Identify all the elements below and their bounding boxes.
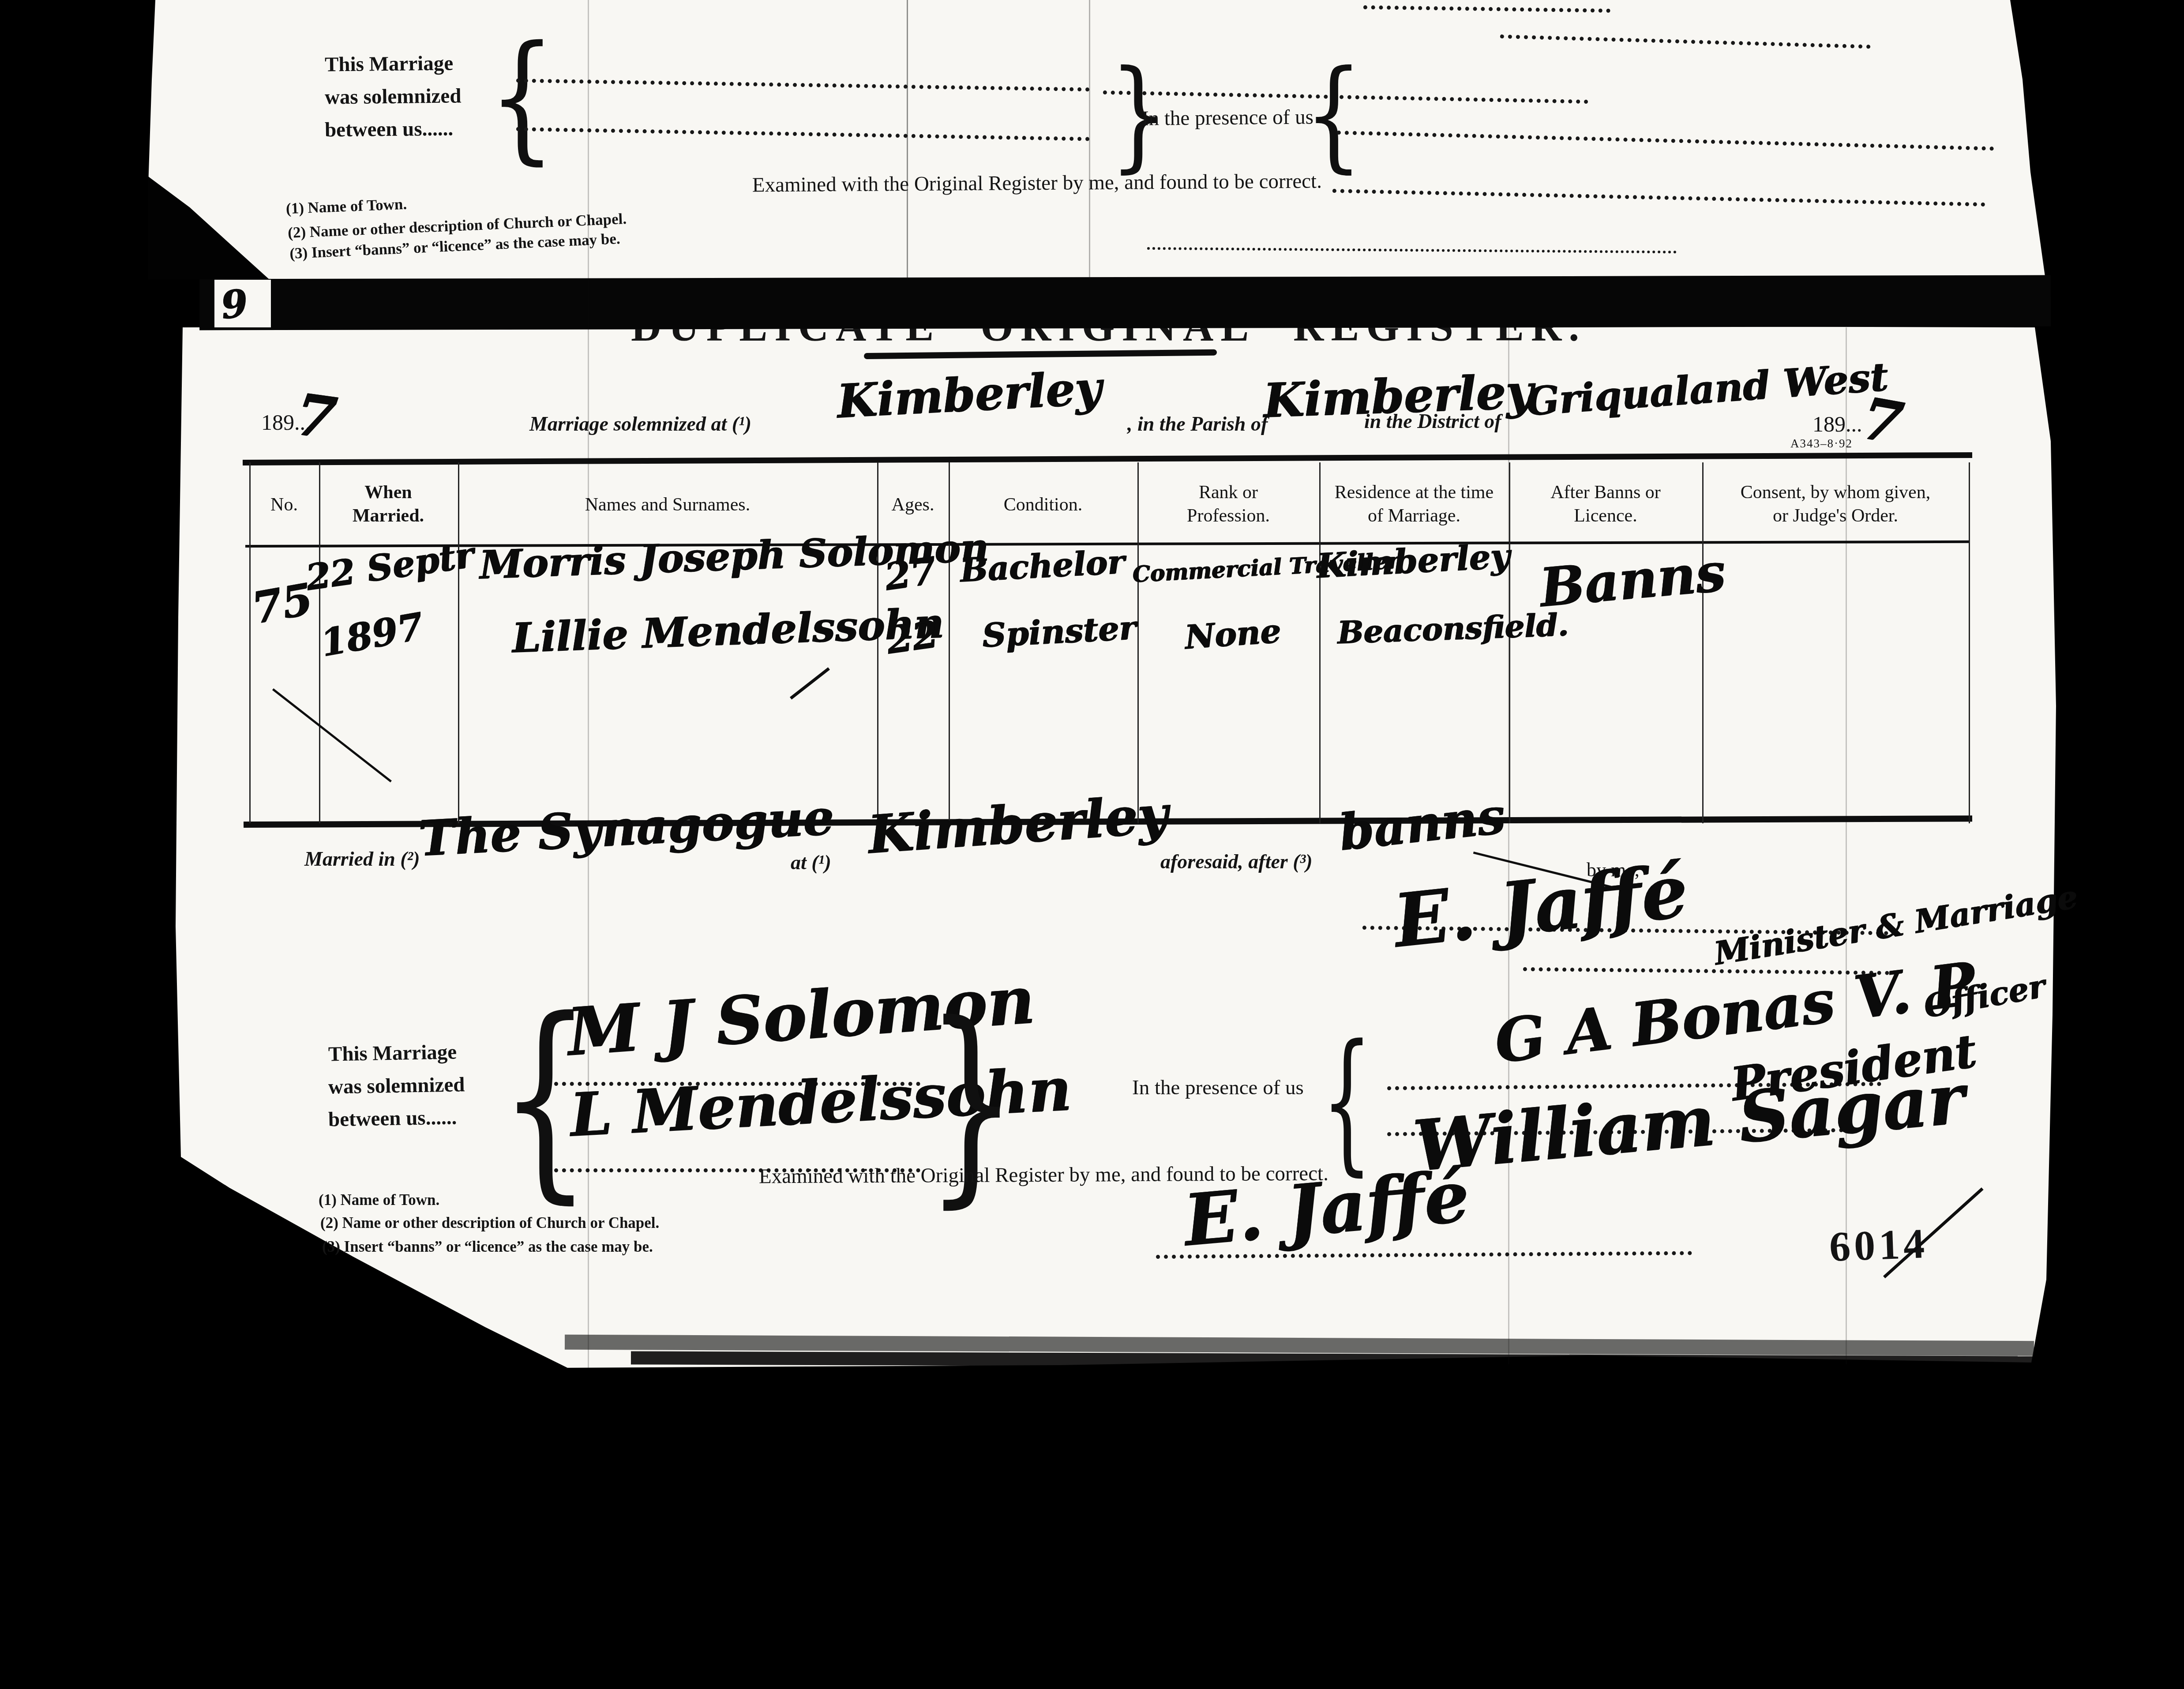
fold-line-4 [1508,327,1509,1364]
at-label: at (¹) [791,851,831,874]
bottom-marriage-label-line3: between us...... [328,1105,457,1131]
bottom-presence-label: In the presence of us [1132,1076,1304,1100]
col-header-ages: Ages. [892,493,934,517]
col-sep-condition-rank [1137,462,1139,823]
year-right: 189... [1812,411,1862,437]
col-sep-when-names [458,462,459,823]
parish-label: , in the Parish of [1127,412,1268,435]
married-in-label: Married in (²) [304,847,420,871]
fold-line-3 [1089,0,1090,279]
entry-bride-rank: None [1183,612,1282,657]
bottom-marriage-label-line2: was solemnized [328,1073,465,1099]
registration-number: 6014 [1828,1219,1929,1271]
aforesaid-label: aforesaid, after (³) [1160,850,1313,873]
bottom-footnote-3: (3) Insert “banns” or “licence” as the c… [322,1238,653,1256]
scan-dark-band [199,275,2051,330]
entry-groom-age: 27 [882,548,939,599]
fold-line-2 [907,0,908,279]
district-label: in the District of [1364,409,1501,433]
entry-number: 75 [248,574,316,634]
col-header-consent: Consent, by whom given, or Judge's Order… [1741,481,1930,527]
col-header-rank: Rank or Profession. [1187,481,1270,527]
top-examined-line: Examined with the Original Register by m… [752,169,1322,197]
table-edge-left [249,462,251,823]
entry-bride-age: 22 [883,612,941,662]
col-sep-banns-consent [1702,462,1704,823]
table-edge-right [1969,462,1970,823]
col-sep-no-when [319,462,320,823]
col-header-banns: After Banns or Licence. [1550,481,1661,527]
col-header-no: No. [270,493,298,517]
top-open-brace: { [488,28,556,167]
form-code: A343–8·92 [1790,437,1853,450]
bottom-footnote-2: (2) Name or other description of Church … [320,1214,659,1232]
col-sep-rank-residence [1319,462,1321,823]
fold-line-5 [1846,327,1847,1364]
solemnized-at-label: Marriage solemnized at (¹) [529,412,751,435]
bottom-footnote-1: (1) Name of Town. [319,1191,439,1209]
top-presence-label: In the presence of us [1142,105,1313,130]
top-marriage-label-line1: This Marriage [325,51,454,76]
top-marriage-label-line3: between us...... [325,116,454,142]
col-header-condition: Condition. [1004,493,1083,517]
bottom-marriage-label-line1: This Marriage [328,1040,457,1066]
stray-digit-mark: 9 [218,281,249,328]
entry-bride-condition: Spinster [981,609,1137,655]
col-sep-ages-condition [949,462,950,823]
col-header-residence: Residence at the time of Marriage. [1335,481,1494,527]
scanned-marriage-register: This Marriage was solemnized between us.… [0,0,2184,1689]
fold-line-1 [588,0,589,1368]
top-witness-open-brace: { [1305,55,1363,175]
top-marriage-label-line2: was solemnized [325,84,462,109]
bottom-witness-open-brace: { [1321,1025,1372,1178]
col-header-names: Names and Surnames. [585,493,750,517]
col-header-when: When Married. [353,481,424,527]
